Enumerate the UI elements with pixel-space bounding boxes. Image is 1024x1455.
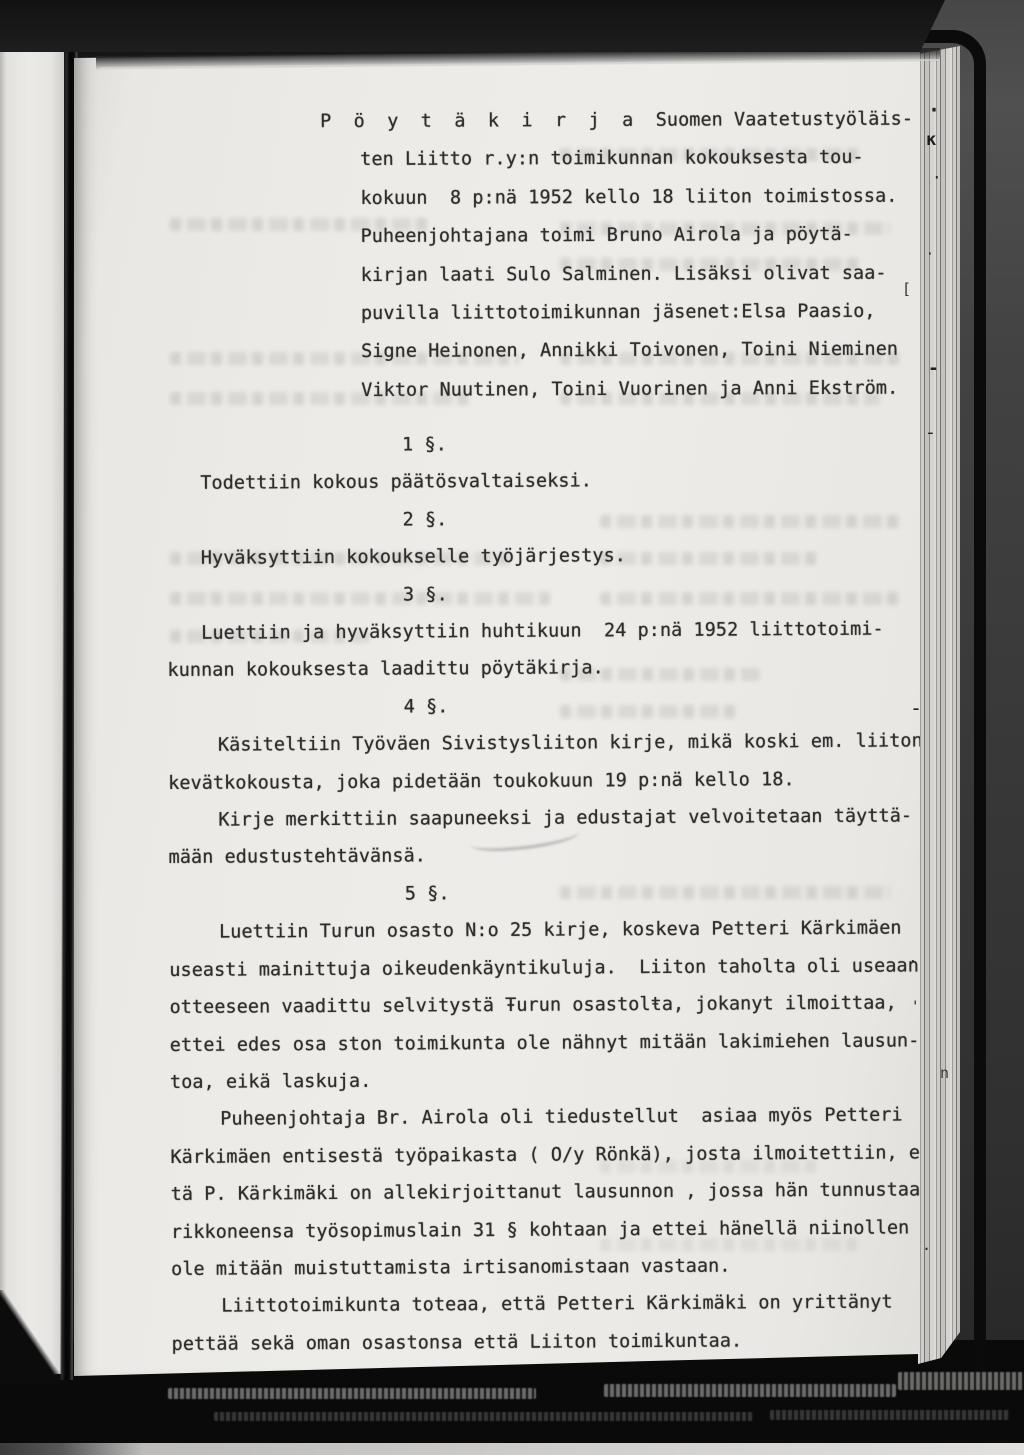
margin-mark: · [908,954,918,970]
body-line: useasti mainittuja oikeudenkäyntikuluja.… [169,947,949,989]
fore-edge-texture [604,1384,896,1397]
heading-line: Viktor Nuutinen, Toini Vuorinen ja Anni … [361,369,961,410]
scanned-minutes-page: P ö y t ä k i r j a Suomen Vaatetustyölä… [0,0,1024,1455]
section-heading-1: 1 §. [166,423,946,465]
heading-line: kokuun 8 p:nä 1952 kello 18 liiton toimi… [360,177,960,218]
margin-mark: ' [911,1000,919,1014]
heading-line: puvilla liittotoimikunnan jäsenet:Elsa P… [361,292,961,333]
margin-mark: · [932,170,942,186]
fore-edge-texture [770,1410,1010,1420]
section-heading-4: 4 §. [168,685,948,727]
margin-mark: n [940,1066,949,1081]
body-line: Hyväksyttiin kokoukselle työjärjestys. [167,535,947,577]
scan-background-top [0,0,945,52]
body-line: Liittotoimikunta toteaa, että Petteri Kä… [171,1284,951,1326]
facing-page-edge [0,52,64,1374]
margin-mark: ĸ [926,132,936,149]
body-line: ettei edes osa ston toimikunta ole nähny… [170,1022,950,1064]
fore-edge-texture [168,1388,536,1399]
body-line: ole mitään muistuttamista irtisanomistaa… [171,1246,951,1288]
body-line: otteeseen vaadittu selvitystä Ŧurun osas… [169,984,949,1026]
document-page: P ö y t ä k i r j a Suomen Vaatetustyölä… [74,46,920,1378]
fore-edge-texture [214,1412,754,1421]
margin-mark: · [922,1242,931,1257]
body-line: Kärkimäen entisestä työpaikasta ( O/y Rö… [170,1134,950,1176]
heading-line: P ö y t ä k i r j a Suomen Vaatetustyölä… [320,100,960,141]
facing-page-shadow [0,1290,64,1384]
body-line: rikkoneensa työsopimuslain 31 § kohtaan … [171,1209,951,1251]
fore-edge-texture [898,1372,1024,1390]
section-heading-3: 3 §. [167,573,947,615]
margin-mark: - [928,360,939,378]
heading-line: Signe Heinonen, Annikki Toivonen, Toini … [361,331,961,372]
body-line: Luettiin Turun osasto N:o 25 kirje, kosk… [169,910,949,952]
heading-line: kirjan laati Sulo Salminen. Lisäksi oliv… [361,254,961,295]
page-stack-edge [918,44,960,1366]
margin-mark: - [910,698,922,718]
body-line: tä P. Kärkimäki on allekirjoittanut laus… [171,1171,951,1213]
body-line: kevätkokousta, joka pidetään toukokuun 1… [168,760,948,802]
minutes-heading: P ö y t ä k i r j a Suomen Vaatetustyölä… [360,100,961,410]
body-line: toa, eikä laskuja. [170,1059,950,1101]
body-line: Todettiin kokous päätösvaltaiseksi. [166,461,946,503]
body-line: Kirje merkittiin saapuneeksi ja edustaja… [168,797,948,839]
minutes-body: 1 §. Todettiin kokous päätösvaltaiseksi.… [166,423,952,1363]
margin-mark: · [926,248,934,261]
heading-line: ten Liitto r.y:n toimikunnan kokouksesta… [360,139,960,180]
section-heading-2: 2 §. [166,498,946,540]
body-line: kunnan kokouksesta laadittu pöytäkirja. [167,648,947,690]
margin-mark: [ [902,282,911,297]
body-line: Puheenjohtaja Br. Airola oli tiedustellu… [170,1097,950,1139]
body-line: Käsiteltiin Työväen Sivistysliiton kirje… [168,722,948,764]
heading-line: Puheenjohtajana toimi Bruno Airola ja pö… [361,216,961,257]
margin-mark: - [925,424,936,442]
scanner-bed-edge [0,1443,1024,1455]
body-line: Luettiin ja hyväksyttiin huhtikuun 24 p:… [167,610,947,652]
body-line: mään edustustehtävänsä. [169,835,949,877]
margin-mark: · [928,100,940,120]
section-heading-5: 5 §. [169,872,949,914]
